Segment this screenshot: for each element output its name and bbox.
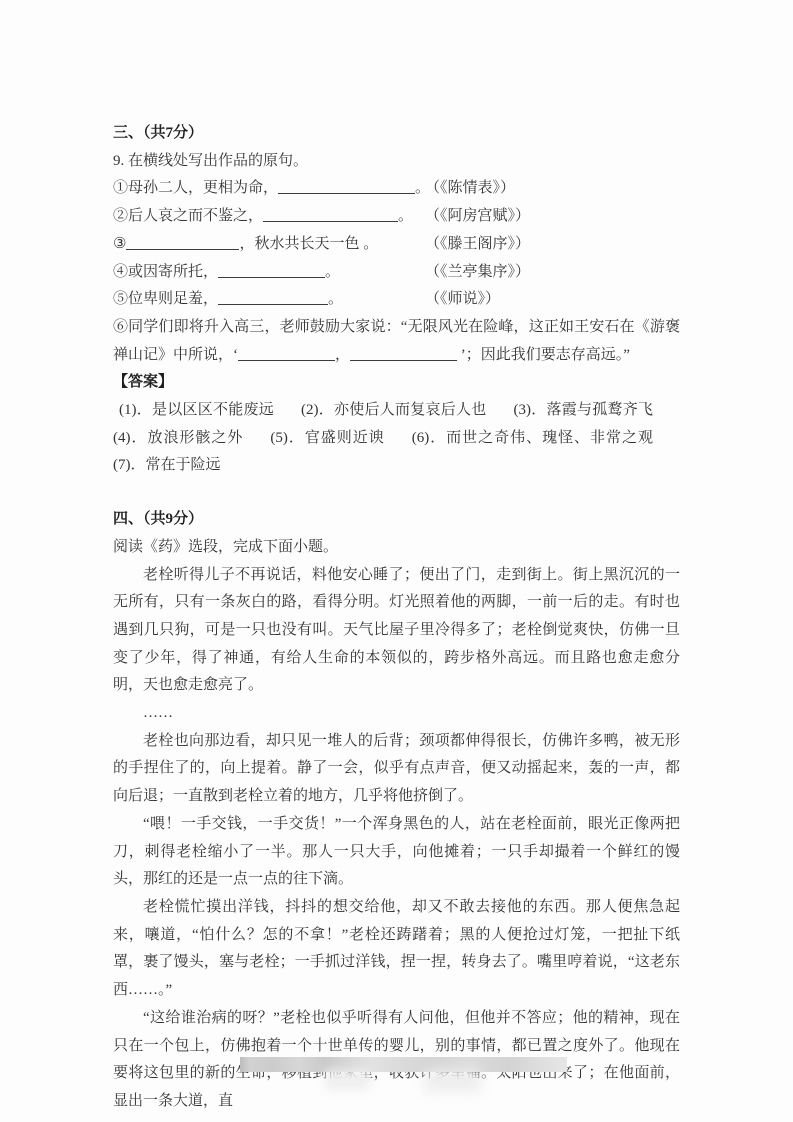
- item-text: ①母孙二人，更相为命，: [113, 180, 278, 196]
- fill-blank-item-1: ①母孙二人，更相为命，。（《陈情表》）: [113, 175, 680, 203]
- answer-item: (6)．而世之奇伟、瑰怪、非常之观: [412, 430, 653, 446]
- passage-ellipsis: ……: [113, 700, 680, 728]
- passage-paragraph-1: 老栓听得儿子不再说话，料他安心睡了；便出了门，走到街上。街上黑沉沉的一无所有，只…: [113, 562, 680, 701]
- answer-item: (4)．放浪形骸之外: [113, 430, 243, 446]
- answer-item: (1)．是以区区不能废远: [119, 402, 274, 418]
- answer-blank: [126, 235, 239, 250]
- passage-paragraph-2: 老栓也向那边看，却只见一堆人的后背；颈项都伸得很长，仿佛许多鸭，被无形的手捏住了…: [113, 728, 680, 811]
- answer-blank: [263, 207, 398, 222]
- item-punct: 。: [325, 264, 340, 280]
- passage-paragraph-4: 老栓慌忙摸出洋钱，抖抖的想交给他，却又不敢去接他的东西。那人便焦急起来，嚷道，“…: [113, 894, 680, 1005]
- passage-paragraph-3: “喂！一手交钱，一手交货！”一个浑身黑色的人，站在老栓面前，眼光正像两把刀，刺得…: [113, 811, 680, 894]
- watermark-bar: [240, 1057, 567, 1072]
- fill-blank-item-4: ④或因寄所托，。（《兰亭集序》）: [113, 259, 680, 287]
- answer-item: (7)．常在于险远: [113, 457, 221, 473]
- section4-title: 四、（共9分）: [113, 506, 680, 534]
- section3-title: 三、（共7分）: [113, 120, 680, 148]
- answer-blank: [238, 346, 335, 361]
- answer-blank: [350, 346, 457, 361]
- item-punct: 。: [398, 208, 413, 224]
- answer-blank: [218, 263, 325, 278]
- item-text: ’；因此我们要志存高远。”: [457, 347, 630, 363]
- item-text: ②后人哀之而不鉴之，: [113, 208, 263, 224]
- answer-key-label: 【答案】: [113, 369, 680, 397]
- source-title: （《陈情表》）: [425, 175, 515, 203]
- watermark-smudge: [325, 1070, 370, 1090]
- source-title: （《阿房宫赋》）: [425, 203, 530, 231]
- answer-item: (5)．官盛则近谀: [270, 430, 384, 446]
- question9-intro: 9. 在横线处写出作品的原句。: [113, 148, 680, 176]
- item-text: ④或因寄所托，: [113, 264, 218, 280]
- answer-item: (3)．落霞与孤鹜齐飞: [514, 402, 654, 418]
- answer-key-list: (1)．是以区区不能废远(2)．亦使后人而复哀后人也(3)．落霞与孤鹜齐飞(4)…: [113, 397, 680, 480]
- fill-blank-item-6: ⑥同学们即将升入高三，老师鼓励大家说：“无限风光在险峰，这正如王安石在《游褒禅山…: [113, 314, 680, 369]
- fill-blank-item-3: ③，秋水共长天一色 。（《滕王阁序》）: [113, 231, 680, 259]
- source-title: （《兰亭集序》）: [425, 259, 530, 287]
- item-text: ⑤位卑则足羞，: [113, 291, 218, 307]
- item-punct: ，: [335, 347, 350, 363]
- watermark-smudge: [425, 1070, 480, 1092]
- item-text: ③: [113, 236, 126, 252]
- answer-blank: [218, 290, 328, 305]
- fill-blank-item-2: ②后人哀之而不鉴之，。（《阿房宫赋》）: [113, 203, 680, 231]
- document-page: 三、（共7分） 9. 在横线处写出作品的原句。 ①母孙二人，更相为命，。（《陈情…: [0, 0, 793, 1122]
- source-title: （《师说》）: [425, 286, 500, 314]
- passage-intro: 阅读《药》选段，完成下面小题。: [113, 534, 680, 562]
- answer-blank: [278, 179, 415, 194]
- source-title: （《滕王阁序》）: [425, 231, 530, 259]
- item-punct: ，秋水共长天一色 。: [239, 236, 378, 252]
- fill-blank-item-5: ⑤位卑则足羞，。（《师说》）: [113, 286, 680, 314]
- answer-item: (2)．亦使后人而复哀后人也: [301, 402, 487, 418]
- item-punct: 。: [328, 291, 343, 307]
